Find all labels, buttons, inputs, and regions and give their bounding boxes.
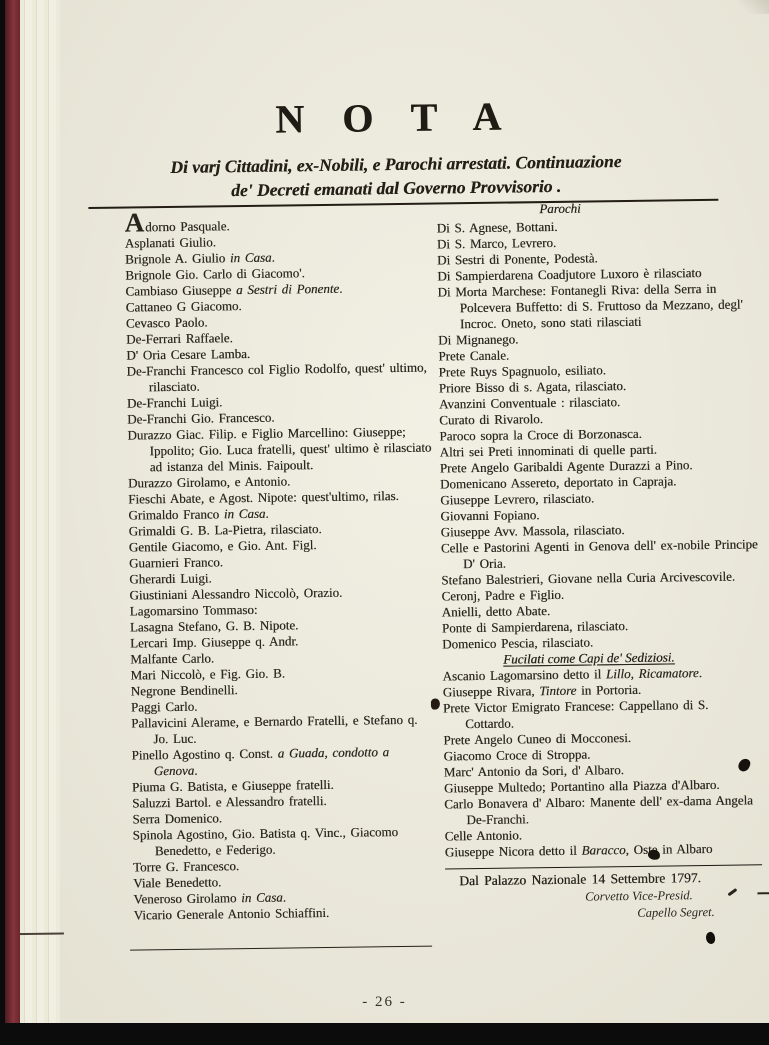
entry-text: Pallavicini Alerame, e Bernardo Fratelli… [131, 712, 417, 746]
scanned-book-page: N O T A Di varj Cittadini, ex-Nobili, e … [0, 0, 769, 1045]
entry-text: Spinola Agostino, Gio. Batista q. Vinc.,… [133, 824, 399, 858]
entry-text: Grimaldi G. B. La-Pietra, rilasciato. [129, 521, 322, 539]
parochi-header: Parochi [436, 198, 753, 218]
list-entry: Spinola Agostino, Gio. Batista q. Vinc.,… [133, 824, 437, 860]
margin-dash [757, 892, 769, 894]
list-entry: Carlo Bonavera d' Albaro: Manente dell' … [444, 792, 761, 828]
entry-text: Di S. Marco, Levrero. [437, 235, 556, 252]
entry-text: Vicario Generale Antonio Schiaffini. [134, 905, 330, 923]
entry-text: dorno Pasquale. [145, 218, 230, 234]
signature-rule [445, 864, 762, 869]
entry-text: Asplanati Giulio. [125, 234, 216, 250]
list-entry: Pinello Agostino q. Const. a Guada, cond… [131, 744, 435, 780]
list-entry: Giuseppe Nicora detto il Baracco, Oste i… [445, 840, 762, 860]
citizens-column: Adorno Pasquale.Asplanati Giulio.Brignol… [124, 203, 437, 928]
entry-text: Mari Niccolò, e Fig. Gio. B. [130, 666, 285, 683]
entry-text: Prete Angelo Cuneo di Mocconesi. [443, 730, 631, 747]
entry-text: Di Mignanego. [438, 331, 518, 347]
book-spine-shadow [0, 0, 5, 1045]
entry-text: Grimaldo Franco [128, 506, 224, 522]
entry-text: Di Morta Marchese: Fontanegli Riva: dell… [437, 281, 742, 331]
entry-text: Negrone Bendinelli. [131, 682, 238, 698]
entry-text: Malfante Carlo. [130, 650, 214, 666]
entry-text-italic: Ricamatore [638, 665, 698, 681]
entry-text: Carlo Bonavera d' Albaro: Manente dell' … [444, 792, 753, 827]
entry-text: D' Oria Cesare Lamba. [126, 346, 250, 363]
entry-text: Ceronj, Padre e Figlio. [441, 587, 564, 604]
left-column-end-rule [130, 946, 432, 951]
entry-text: Fieschi Abate, e Agost. Nipote: quest'ul… [128, 488, 399, 507]
entry-text: De-Ferrari Raffaele. [126, 330, 233, 346]
entry-text: Gentile Giacomo, e Gio. Ant. Figl. [129, 537, 317, 554]
entry-text: Veneroso Girolamo [133, 890, 241, 906]
entry-text: Cevasco Paolo. [126, 315, 208, 331]
entry-text: Marc' Antonio da Sori, d' Albaro. [444, 762, 624, 779]
entry-text: Brignole A. Giulio [125, 250, 230, 266]
entry-text: . [283, 890, 286, 905]
list-entry: De-Franchi Francesco col Figlio Rodolfo,… [126, 360, 430, 396]
entry-text: Serra Domenico. [132, 810, 222, 826]
page-number: - 26 - [0, 994, 769, 1011]
entry-text: Di S. Agnese, Bottani. [437, 219, 558, 236]
entry-text: Anielli, detto Abate. [442, 603, 551, 619]
page-content: N O T A Di varj Cittadini, ex-Nobili, e … [0, 0, 769, 1045]
entry-text: Giustiniani Alessandro Niccolò, Orazio. [129, 585, 342, 603]
signature-vice-president: Corvetto Vice-Presid. [445, 887, 762, 906]
entry-text: Domenico Pescia, rilasciato. [442, 634, 593, 651]
ink-stain [648, 850, 660, 860]
entry-text: Stefano Balestrieri, Giovane nella Curia… [441, 569, 735, 588]
list-entry: Di Morta Marchese: Fontanegli Riva: dell… [437, 280, 755, 332]
list-entry: Vicario Generale Antonio Schiaffini. [134, 904, 438, 924]
entry-text: Prete Ruys Spagnuolo, esiliato. [438, 362, 606, 379]
entry-text-italic: Baracco [581, 842, 625, 858]
entry-text: Pinello Agostino q. Const. [131, 746, 277, 763]
entry-text: Gherardi Luigi. [129, 570, 212, 586]
entry-text: Priore Bisso di s. Agata, rilasciato. [439, 378, 626, 395]
entry-text: Lercari Imp. Giuseppe q. Andr. [130, 633, 298, 650]
parochi-entries: Di S. Agnese, Bottani.Di S. Marco, Levre… [437, 216, 760, 652]
entry-text: Di Sestri di Ponente, Podestà. [437, 250, 598, 267]
entry-text: Paroco sopra la Croce di Borzonasca. [439, 426, 642, 444]
entry-text: in Portoria. [576, 682, 641, 698]
entry-text: . [265, 506, 268, 521]
entry-text: Giuseppe Nicora detto il [445, 843, 582, 860]
book-spine-red [5, 0, 20, 1045]
entry-text: Brignole Gio. Carlo di Giacomo'. [125, 265, 305, 282]
entry-text: Celle Antonio. [445, 827, 523, 843]
entry-text: Celle e Pastorini Agenti in Genova dell'… [441, 536, 758, 571]
entry-text: Domenicano Assereto, deportato in Capraj… [440, 473, 677, 491]
page-title: N O T A [65, 90, 726, 146]
entry-text: Durazzo Girolamo, e Antonio. [128, 473, 290, 490]
entry-text: Viale Benedetto. [133, 874, 221, 890]
entry-text: . [339, 281, 342, 296]
entry-text: Curato di Rivarolo. [439, 411, 543, 427]
entry-text: . [194, 763, 197, 778]
entry-text: De-Franchi Francesco col Figlio Rodolfo,… [126, 360, 426, 395]
list-entry: Durazzo Giac. Filip. e Figlio Marcellino… [127, 424, 432, 476]
entry-text: Ponte di Sampierdarena, rilasciato. [442, 618, 628, 635]
entry-text: De-Franchi Gio. Francesco. [127, 410, 275, 427]
entry-text: Giuseppe Rivara, [443, 683, 540, 699]
page-subtitle: Di varj Cittadini, ex-Nobili, e Parochi … [66, 148, 727, 205]
entry-text: Prete Canale. [438, 348, 509, 364]
entry-text: Giovanni Fopiano. [440, 507, 539, 523]
list-entry: Prete Victor Emigrato Francese: Cappella… [443, 696, 760, 732]
dropcap-initial: A [124, 207, 145, 237]
signature-secretary: Capello Segret. [446, 904, 763, 923]
entry-text: Altri sei Preti innominati di quelle par… [440, 442, 658, 460]
entry-text: Paggi Carlo. [131, 699, 198, 715]
entry-text: De-Franchi Luigi. [127, 394, 223, 410]
entry-text: Ascanio Lagomarsino detto il [442, 666, 606, 683]
entry-text: Avanzini Conventuale : rilasciato. [439, 394, 620, 411]
entry-text: . [271, 250, 274, 265]
entry-text: Torre G. Francesco. [133, 858, 239, 874]
list-entry: Celle e Pastorini Agenti in Genova dell'… [441, 536, 758, 572]
signature-place-date: Dal Palazzo Nazionale 14 Settembre 1797. [445, 869, 762, 889]
entry-text: Lasagna Stefano, G. B. Nipote. [130, 617, 299, 634]
entry-text: Saluzzi Bartol. e Alessandro fratelli. [132, 793, 327, 811]
entry-text: Giacomo Croce di Stroppa. [444, 747, 591, 764]
entry-text: Lagomarsino Tommaso: [130, 602, 258, 619]
scan-bottom-band [0, 1023, 769, 1045]
entry-text-italic: in Casa [241, 890, 283, 906]
entry-text: Prete Victor Emigrato Francese: Cappella… [443, 697, 709, 731]
entry-text: Cattaneo G Giacomo. [126, 298, 242, 315]
entry-text: , [630, 666, 638, 681]
entry-text: , Oste in Albaro [625, 841, 712, 857]
two-column-list: Adorno Pasquale.Asplanati Giulio.Brignol… [124, 198, 762, 927]
entry-text-italic: Tintore [539, 683, 576, 698]
entry-text-italic: in Casa [224, 506, 266, 522]
entry-text: Piuma G. Batista, e Giuseppe fratelli. [132, 777, 334, 795]
entry-text: Giuseppe Levrero, rilasciato. [440, 490, 594, 507]
entry-text: . [699, 665, 702, 680]
entry-text-italic: in Casa [230, 250, 272, 266]
list-entry: Pallavicini Alerame, e Bernardo Fratelli… [131, 712, 435, 748]
fucilati-entries: Ascanio Lagomarsino detto il Lillo, Rica… [442, 664, 761, 860]
entry-text: Giuseppe Avv. Massola, rilasciato. [441, 522, 625, 539]
entry-text: Guarnieri Franco. [129, 554, 223, 570]
ink-stain [705, 931, 716, 945]
entry-text: Cambiaso Giuseppe [125, 282, 236, 298]
parochi-column: Parochi Di S. Agnese, Bottani.Di S. Marc… [436, 198, 762, 923]
entry-text-italic: a Sestri di Ponente [236, 281, 339, 297]
entry-text: Durazzo Giac. Filip. e Figlio Marcellino… [127, 424, 431, 474]
entry-text-italic: Lillo [606, 666, 631, 681]
